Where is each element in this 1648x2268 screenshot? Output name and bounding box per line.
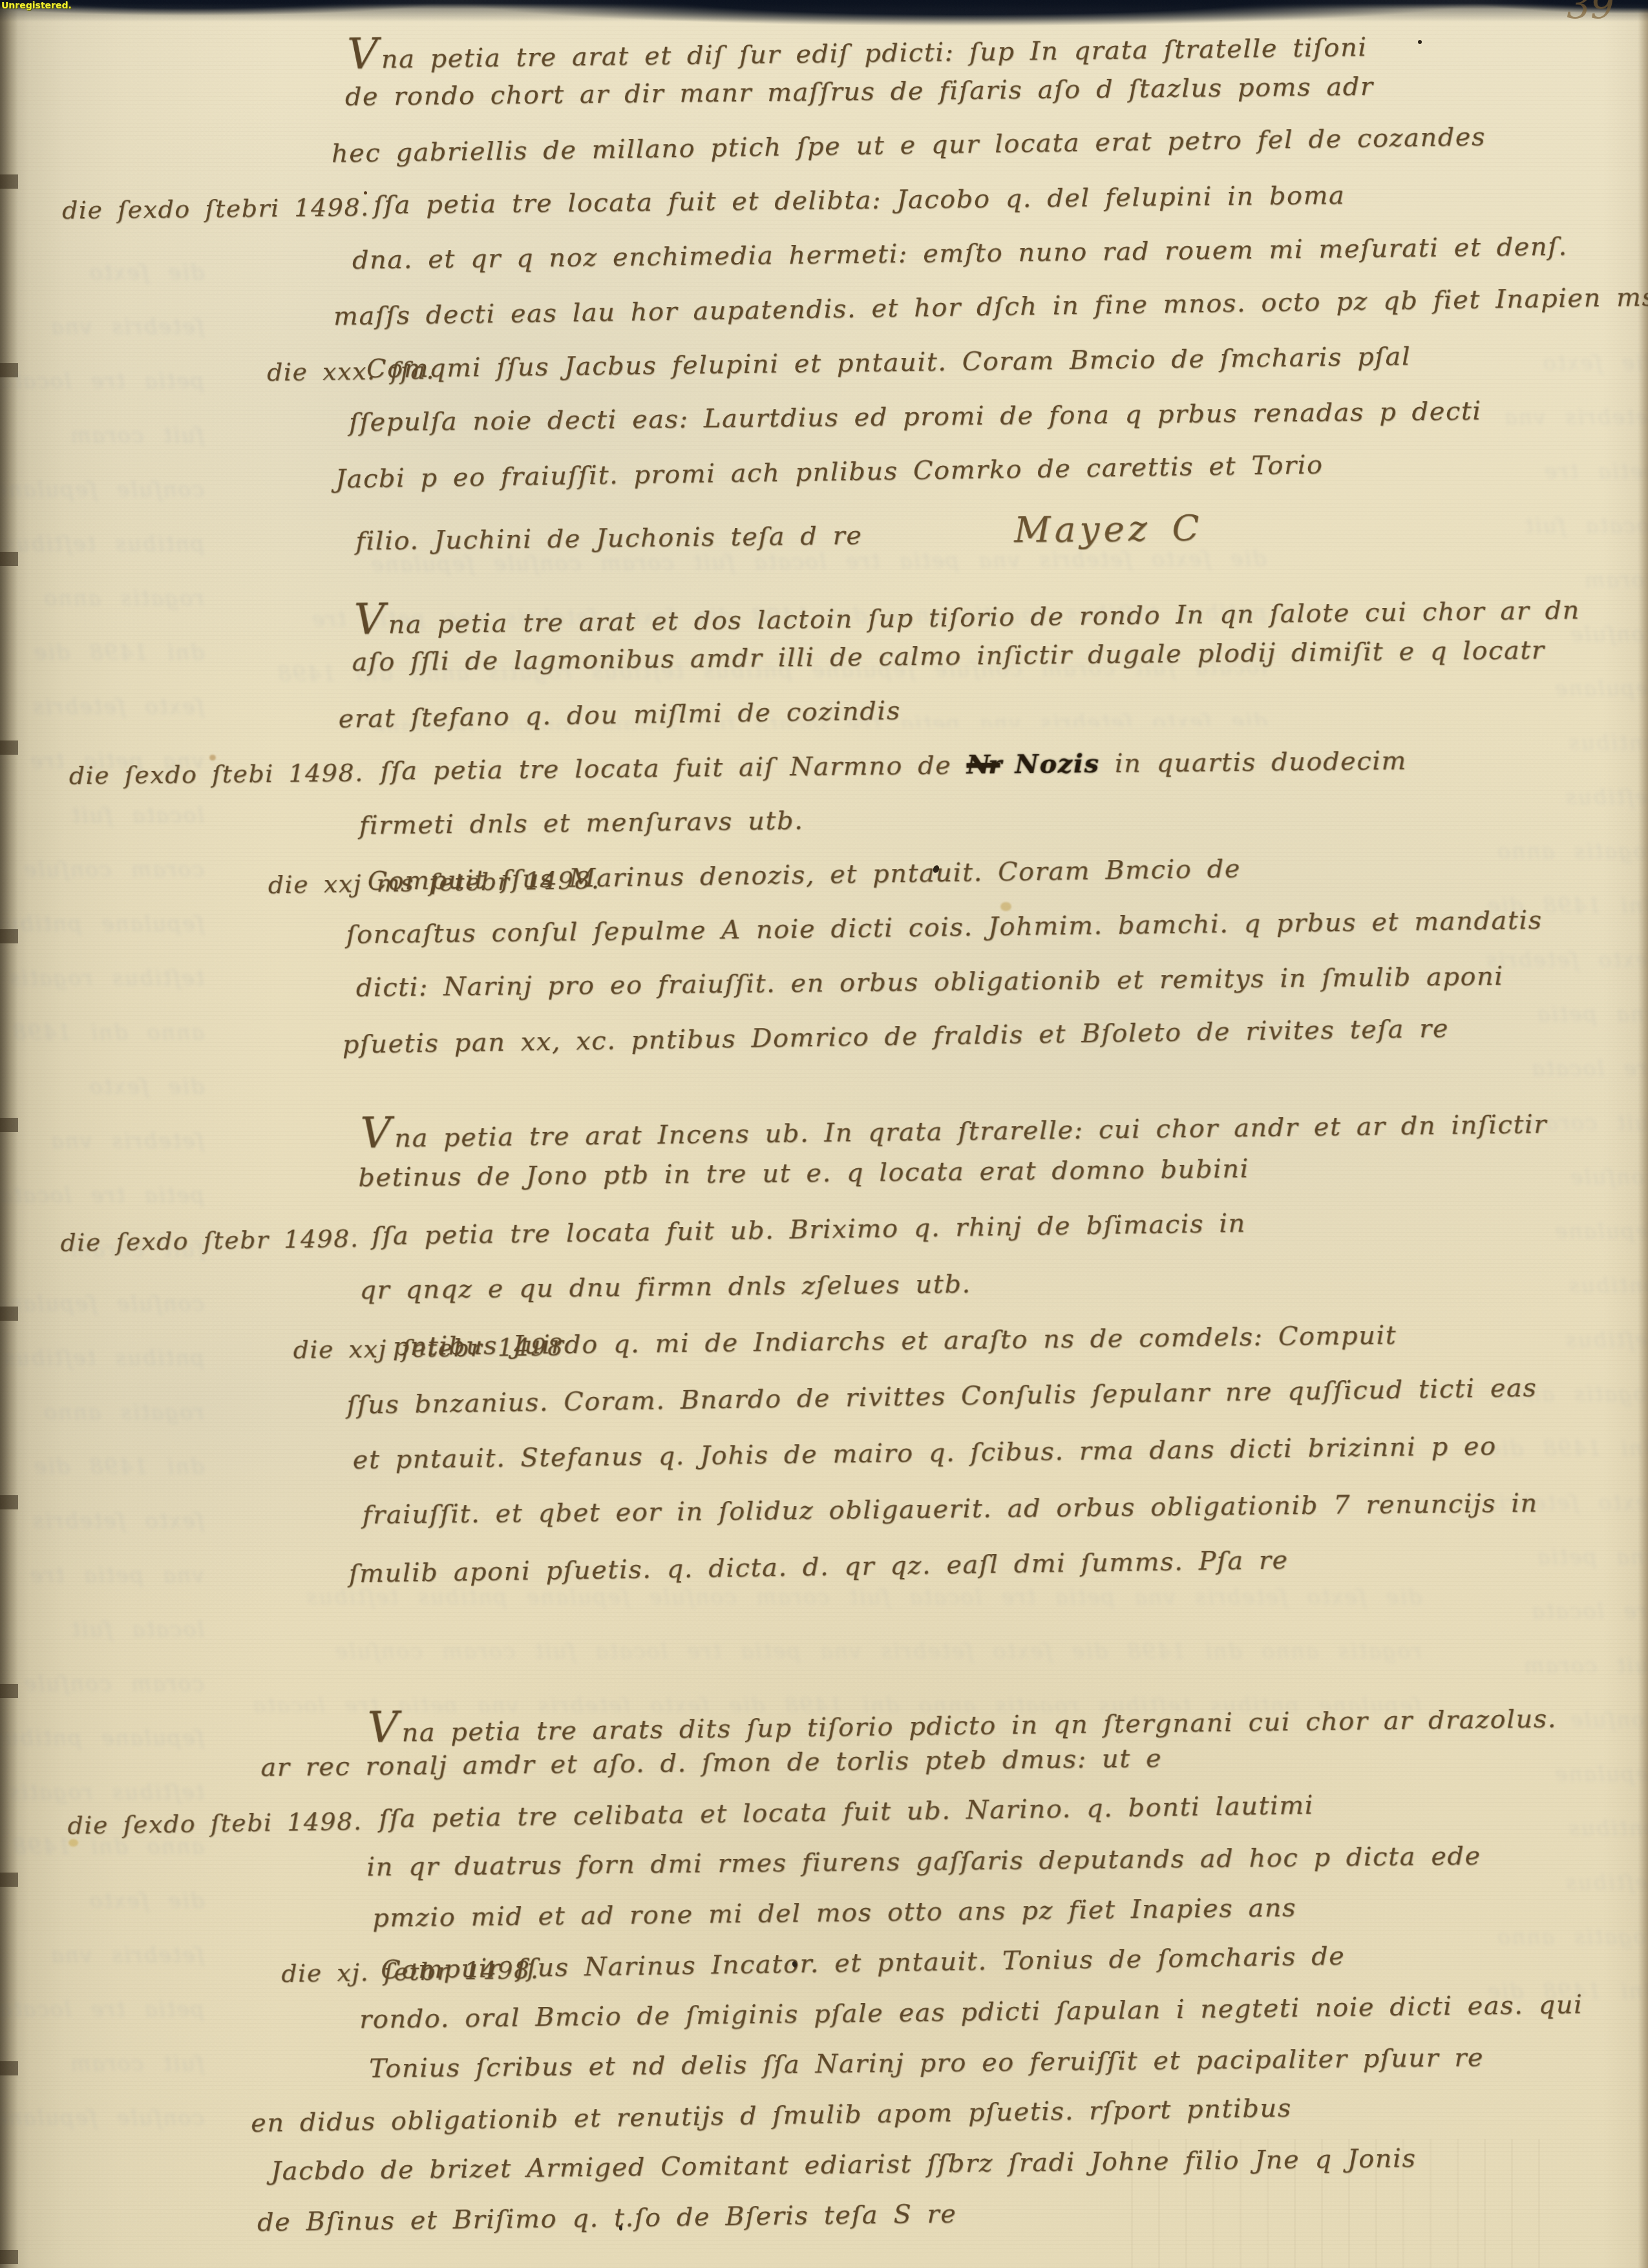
- line-text: qr qnqz e qu dnu firmn dnls zſelues utb.: [359, 1269, 971, 1305]
- dark-ink-correction: Nozis: [1015, 748, 1100, 779]
- margin-date: die xxj ms ſetebr 1498.: [268, 866, 600, 899]
- margin-date: die xxx. ſſa.: [267, 356, 435, 386]
- manuscript-entry: Vna petia tre arats dits ſup tiſorio pdi…: [78, 1686, 1648, 2260]
- folio-number: 39: [1567, 0, 1614, 27]
- margin-date: die ſexdo ſtebr 1498.: [60, 1224, 359, 1257]
- manuscript-entry: Vna petia tre arat et diſ ſur ediſ pdict…: [58, 13, 1648, 575]
- ink-speck: [1418, 40, 1422, 44]
- line-text: filio. Juchini de Juchonis teſa d re: [355, 521, 863, 556]
- line-text: erat ſtefano q. dou miſlmi de cozindis: [338, 696, 901, 734]
- notarial-flourish: Mayez C: [1014, 507, 1203, 551]
- scanner-watermark: Unregistered.: [1, 1, 72, 11]
- line-text: Vna petia tre arat et diſ ſur ediſ pdict…: [347, 32, 1368, 74]
- margin-date: die xj. ſetbr 1498.: [281, 1955, 540, 1988]
- margin-date: die ſexdo ſtebri 1498.: [62, 193, 370, 225]
- line-text: firmeti dnls et menſuravs utb.: [359, 806, 803, 841]
- binding-gutter: [0, 0, 18, 2268]
- margin-date: die xxj ſetebr 1498: [293, 1332, 564, 1364]
- manuscript-entry: Vna petia tre arat et dos lactoin ſup ti…: [64, 578, 1648, 1086]
- ink-speck: [364, 191, 367, 194]
- line-text: Vna petia tre arat et dos lactoin ſup ti…: [354, 595, 1581, 640]
- margin-date: die ſexdo ſtebi 1498.: [67, 1807, 363, 1840]
- line-text: Vna petia tre arat Incens ub. In qrata ſ…: [360, 1109, 1547, 1153]
- struck-out-word: Nr: [966, 750, 1000, 781]
- manuscript-entry: Vna petia tre arat Incens ub. In qrata ſ…: [70, 1092, 1648, 1617]
- manuscript-entries: Vna petia tre arat et diſ ſur ediſ pdict…: [57, 0, 1648, 2268]
- ink-speck: [619, 2225, 622, 2231]
- margin-date: die ſexdo ſtebi 1498.: [69, 759, 363, 790]
